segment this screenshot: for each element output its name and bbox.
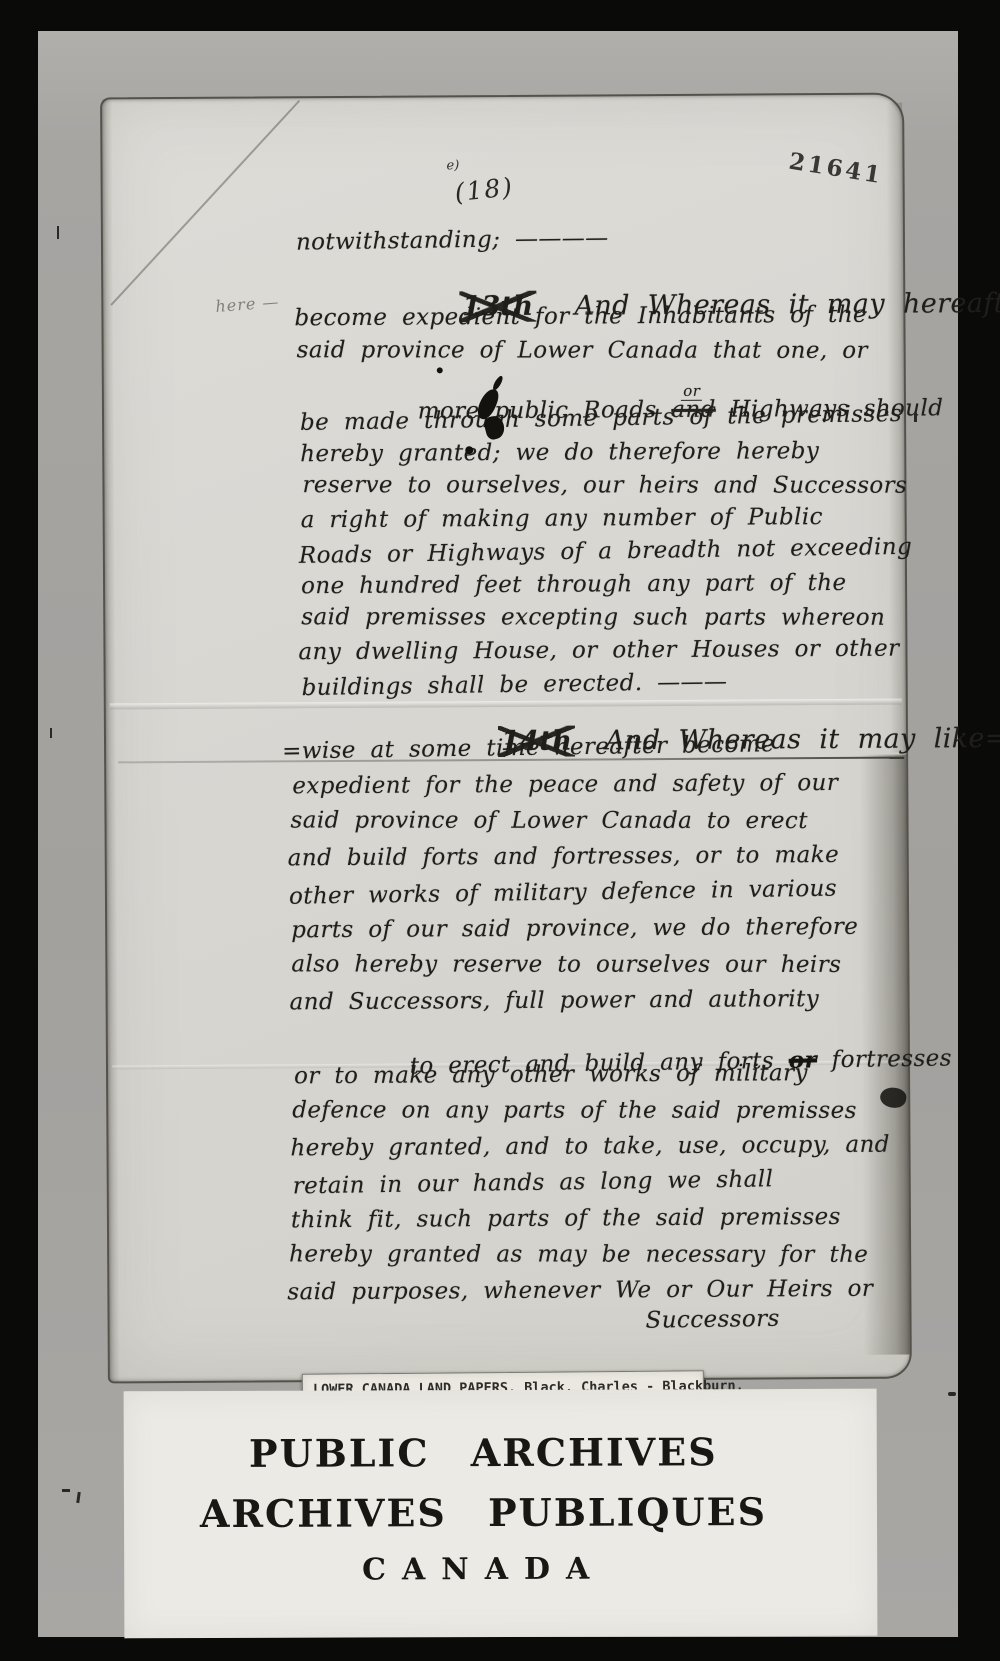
manuscript-line: become expedient for the Inhabitants of …: [294, 302, 867, 331]
page-stamp-number: 21641: [787, 148, 885, 190]
manuscript-line: or to make any other works of military: [294, 1060, 808, 1089]
superscript-correction: or: [681, 382, 702, 401]
fold-crease: [110, 100, 300, 306]
manuscript-page: e) (18) 21641 here — notwithstanding; ——…: [100, 93, 912, 1384]
manuscript-line: also hereby reserve to ourselves our hei…: [291, 951, 841, 977]
banner-archives-publiques: ARCHIVES PUBLIQUES: [124, 1489, 843, 1537]
manuscript-line: reserve to ourselves, our heirs and Succ…: [302, 472, 907, 499]
manuscript-line: expedient for the peace and safety of ou…: [292, 770, 838, 799]
manuscript-line: Roads or Highways of a breadth not excee…: [299, 534, 913, 569]
margin-pencil-note: here —: [215, 292, 280, 316]
manuscript-line: said purposes, whenever We or Our Heirs …: [287, 1276, 873, 1306]
manuscript-line: one hundred feet through any part of the: [301, 570, 847, 599]
manuscript-line: other works of military defence in vario…: [289, 876, 837, 910]
manuscript-line: think fit, such parts of the said premis…: [291, 1204, 841, 1233]
scan-speck: [76, 1492, 81, 1503]
banner-canada: CANADA: [124, 1551, 843, 1589]
scanned-archival-document: e) (18) 21641 here — notwithstanding; ——…: [0, 0, 1000, 1661]
manuscript-line: retain in our hands as long we shall: [293, 1166, 774, 1199]
ink-speck: [437, 367, 443, 373]
folio-annotation-mark: e): [446, 158, 459, 173]
manuscript-line: and Successors, full power and authority: [290, 986, 820, 1015]
ink-speck: [465, 446, 473, 454]
scan-speck: [50, 728, 52, 738]
folio-number: (18): [453, 172, 515, 207]
manuscript-line: Successors: [645, 1306, 780, 1334]
banner-public-archives: PUBLIC ARCHIVES: [124, 1429, 843, 1477]
manuscript-line: said province of Lower Canada that one, …: [297, 337, 868, 363]
manuscript-line: hereby granted as may be necessary for t…: [289, 1241, 868, 1268]
line-text: fortresses: [817, 1045, 952, 1073]
scan-speck: [948, 1392, 956, 1396]
manuscript-line: and build forts and fortresses, or to ma…: [288, 842, 840, 871]
manuscript-line: hereby granted; we do therefore hereby: [300, 438, 819, 467]
scan-speck: [62, 1489, 70, 1492]
manuscript-line: parts of our said province, we do theref…: [291, 914, 858, 943]
manuscript-line: notwithstanding; ————: [296, 225, 609, 256]
scan-speck: [57, 226, 59, 239]
manuscript-line: a right of making any number of Public: [301, 504, 823, 533]
manuscript-line: said premisses excepting such parts wher…: [301, 604, 885, 631]
manuscript-line: said province of Lower Canada to erect: [290, 808, 807, 834]
manuscript-line: hereby granted, and to take, use, occupy…: [290, 1132, 890, 1162]
scan-background: e) (18) 21641 here — notwithstanding; ——…: [38, 31, 958, 1637]
archives-banner: PUBLIC ARCHIVES ARCHIVES PUBLIQUES CANAD…: [124, 1389, 878, 1639]
scan-speck: [914, 413, 917, 422]
manuscript-line: any dwelling House, or other Houses or o…: [298, 636, 899, 666]
page-edge-shadow: [102, 99, 120, 1381]
manuscript-line: defence on any parts of the said premiss…: [292, 1097, 857, 1123]
